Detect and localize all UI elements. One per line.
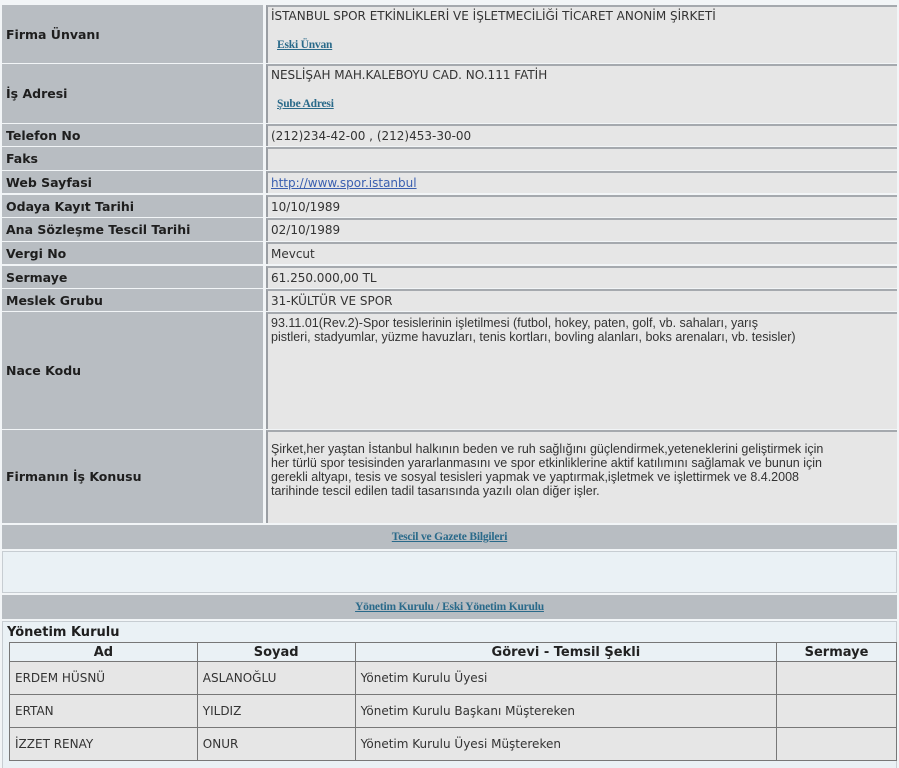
value-is-konusu: Şirket,her yaştan İstanbul halkının bede…: [266, 430, 897, 523]
value-ana-sozlesme: 02/10/1989: [266, 218, 897, 241]
cell-gorev: Yönetim Kurulu Üyesi: [355, 662, 776, 695]
label-meslek-grubu: Meslek Grubu: [2, 289, 263, 311]
row-meslek-grubu: Meslek Grubu 31-KÜLTÜR VE SPOR: [2, 289, 897, 311]
cell-gorev: Yönetim Kurulu Üyesi Müştereken: [355, 728, 776, 761]
table-row: ERDEM HÜSNÜ ASLANOĞLU Yönetim Kurulu Üye…: [10, 662, 897, 695]
board-table-header: Ad Soyad Görevi - Temsil Şekli Sermaye: [10, 643, 897, 662]
board-title: Yönetim Kurulu: [7, 625, 119, 640]
label-nace-kodu: Nace Kodu: [2, 312, 263, 429]
cell-sermaye: [777, 728, 897, 761]
label-web: Web Sayfasi: [2, 171, 263, 193]
cell-sermaye: [777, 695, 897, 728]
row-sermaye: Sermaye 61.250.000,00 TL: [2, 266, 897, 288]
value-telefon: (212)234-42-00 , (212)453-30-00: [266, 124, 897, 146]
label-firma-unvani: Firma Ünvanı: [2, 5, 263, 63]
registry-section-header: Tescil ve Gazete Bilgileri: [2, 525, 897, 549]
board-panel: Yönetim Kurulu Ad Soyad Görevi - Temsil …: [2, 621, 897, 768]
cell-ad: ERTAN: [10, 695, 198, 728]
yonetim-kurulu-link[interactable]: Yönetim Kurulu / Eski Yönetim Kurulu: [355, 601, 544, 613]
value-web: http://www.spor.istanbul: [266, 171, 897, 193]
row-nace-kodu: Nace Kodu 93.11.01(Rev.2)-Spor tesisleri…: [2, 312, 897, 429]
cell-soyad: ONUR: [197, 728, 355, 761]
cell-ad: ERDEM HÜSNÜ: [10, 662, 198, 695]
label-is-konusu: Firmanın İş Konusu: [2, 430, 263, 523]
sube-adresi-link[interactable]: Şube Adresi: [277, 97, 334, 112]
label-sermaye: Sermaye: [2, 266, 263, 288]
row-ana-sozlesme: Ana Sözleşme Tescil Tarihi 02/10/1989: [2, 218, 897, 241]
label-odaya-kayit: Odaya Kayıt Tarihi: [2, 195, 263, 217]
cell-soyad: YILDIZ: [197, 695, 355, 728]
board-table: Ad Soyad Görevi - Temsil Şekli Sermaye E…: [9, 642, 897, 761]
row-is-konusu: Firmanın İş Konusu Şirket,her yaştan İst…: [2, 430, 897, 523]
col-header-gorev: Görevi - Temsil Şekli: [355, 643, 776, 662]
is-adresi-text: NESLİŞAH MAH.KALEBOYU CAD. NO.111 FATİH: [271, 68, 894, 83]
value-firma-unvani: İSTANBUL SPOR ETKİNLİKLERİ VE İŞLETMECİL…: [266, 5, 897, 63]
website-link[interactable]: http://www.spor.istanbul: [271, 176, 417, 191]
table-row: İZZET RENAY ONUR Yönetim Kurulu Üyesi Mü…: [10, 728, 897, 761]
row-faks: Faks: [2, 147, 897, 170]
row-odaya-kayit: Odaya Kayıt Tarihi 10/10/1989: [2, 195, 897, 217]
label-faks: Faks: [2, 147, 263, 170]
label-is-adresi: İş Adresi: [2, 64, 263, 123]
cell-gorev: Yönetim Kurulu Başkanı Müştereken: [355, 695, 776, 728]
registry-content-panel: [2, 551, 897, 593]
label-vergi-no: Vergi No: [2, 242, 263, 264]
value-odaya-kayit: 10/10/1989: [266, 195, 897, 217]
cell-sermaye: [777, 662, 897, 695]
row-is-adresi: İş Adresi NESLİŞAH MAH.KALEBOYU CAD. NO.…: [2, 64, 897, 123]
col-header-sermaye: Sermaye: [777, 643, 897, 662]
cell-soyad: ASLANOĞLU: [197, 662, 355, 695]
value-is-adresi: NESLİŞAH MAH.KALEBOYU CAD. NO.111 FATİH …: [266, 64, 897, 123]
board-section-header: Yönetim Kurulu / Eski Yönetim Kurulu: [2, 595, 897, 619]
value-vergi-no: Mevcut: [266, 242, 897, 264]
row-telefon: Telefon No (212)234-42-00 , (212)453-30-…: [2, 124, 897, 146]
value-meslek-grubu: 31-KÜLTÜR VE SPOR: [266, 289, 897, 311]
value-nace-kodu: 93.11.01(Rev.2)-Spor tesislerinin işleti…: [266, 312, 897, 429]
label-telefon: Telefon No: [2, 124, 263, 146]
eski-unvan-link[interactable]: Eski Ünvan: [277, 38, 332, 53]
value-sermaye: 61.250.000,00 TL: [266, 266, 897, 288]
row-web: Web Sayfasi http://www.spor.istanbul: [2, 171, 897, 193]
col-header-soyad: Soyad: [197, 643, 355, 662]
table-row: ERTAN YILDIZ Yönetim Kurulu Başkanı Müşt…: [10, 695, 897, 728]
value-faks: [266, 147, 897, 170]
tescil-gazete-link[interactable]: Tescil ve Gazete Bilgileri: [392, 531, 507, 543]
row-vergi-no: Vergi No Mevcut: [2, 242, 897, 264]
firma-unvani-text: İSTANBUL SPOR ETKİNLİKLERİ VE İŞLETMECİL…: [271, 9, 894, 24]
cell-ad: İZZET RENAY: [10, 728, 198, 761]
col-header-ad: Ad: [10, 643, 198, 662]
row-firma-unvani: Firma Ünvanı İSTANBUL SPOR ETKİNLİKLERİ …: [2, 5, 897, 63]
label-ana-sozlesme: Ana Sözleşme Tescil Tarihi: [2, 218, 263, 241]
